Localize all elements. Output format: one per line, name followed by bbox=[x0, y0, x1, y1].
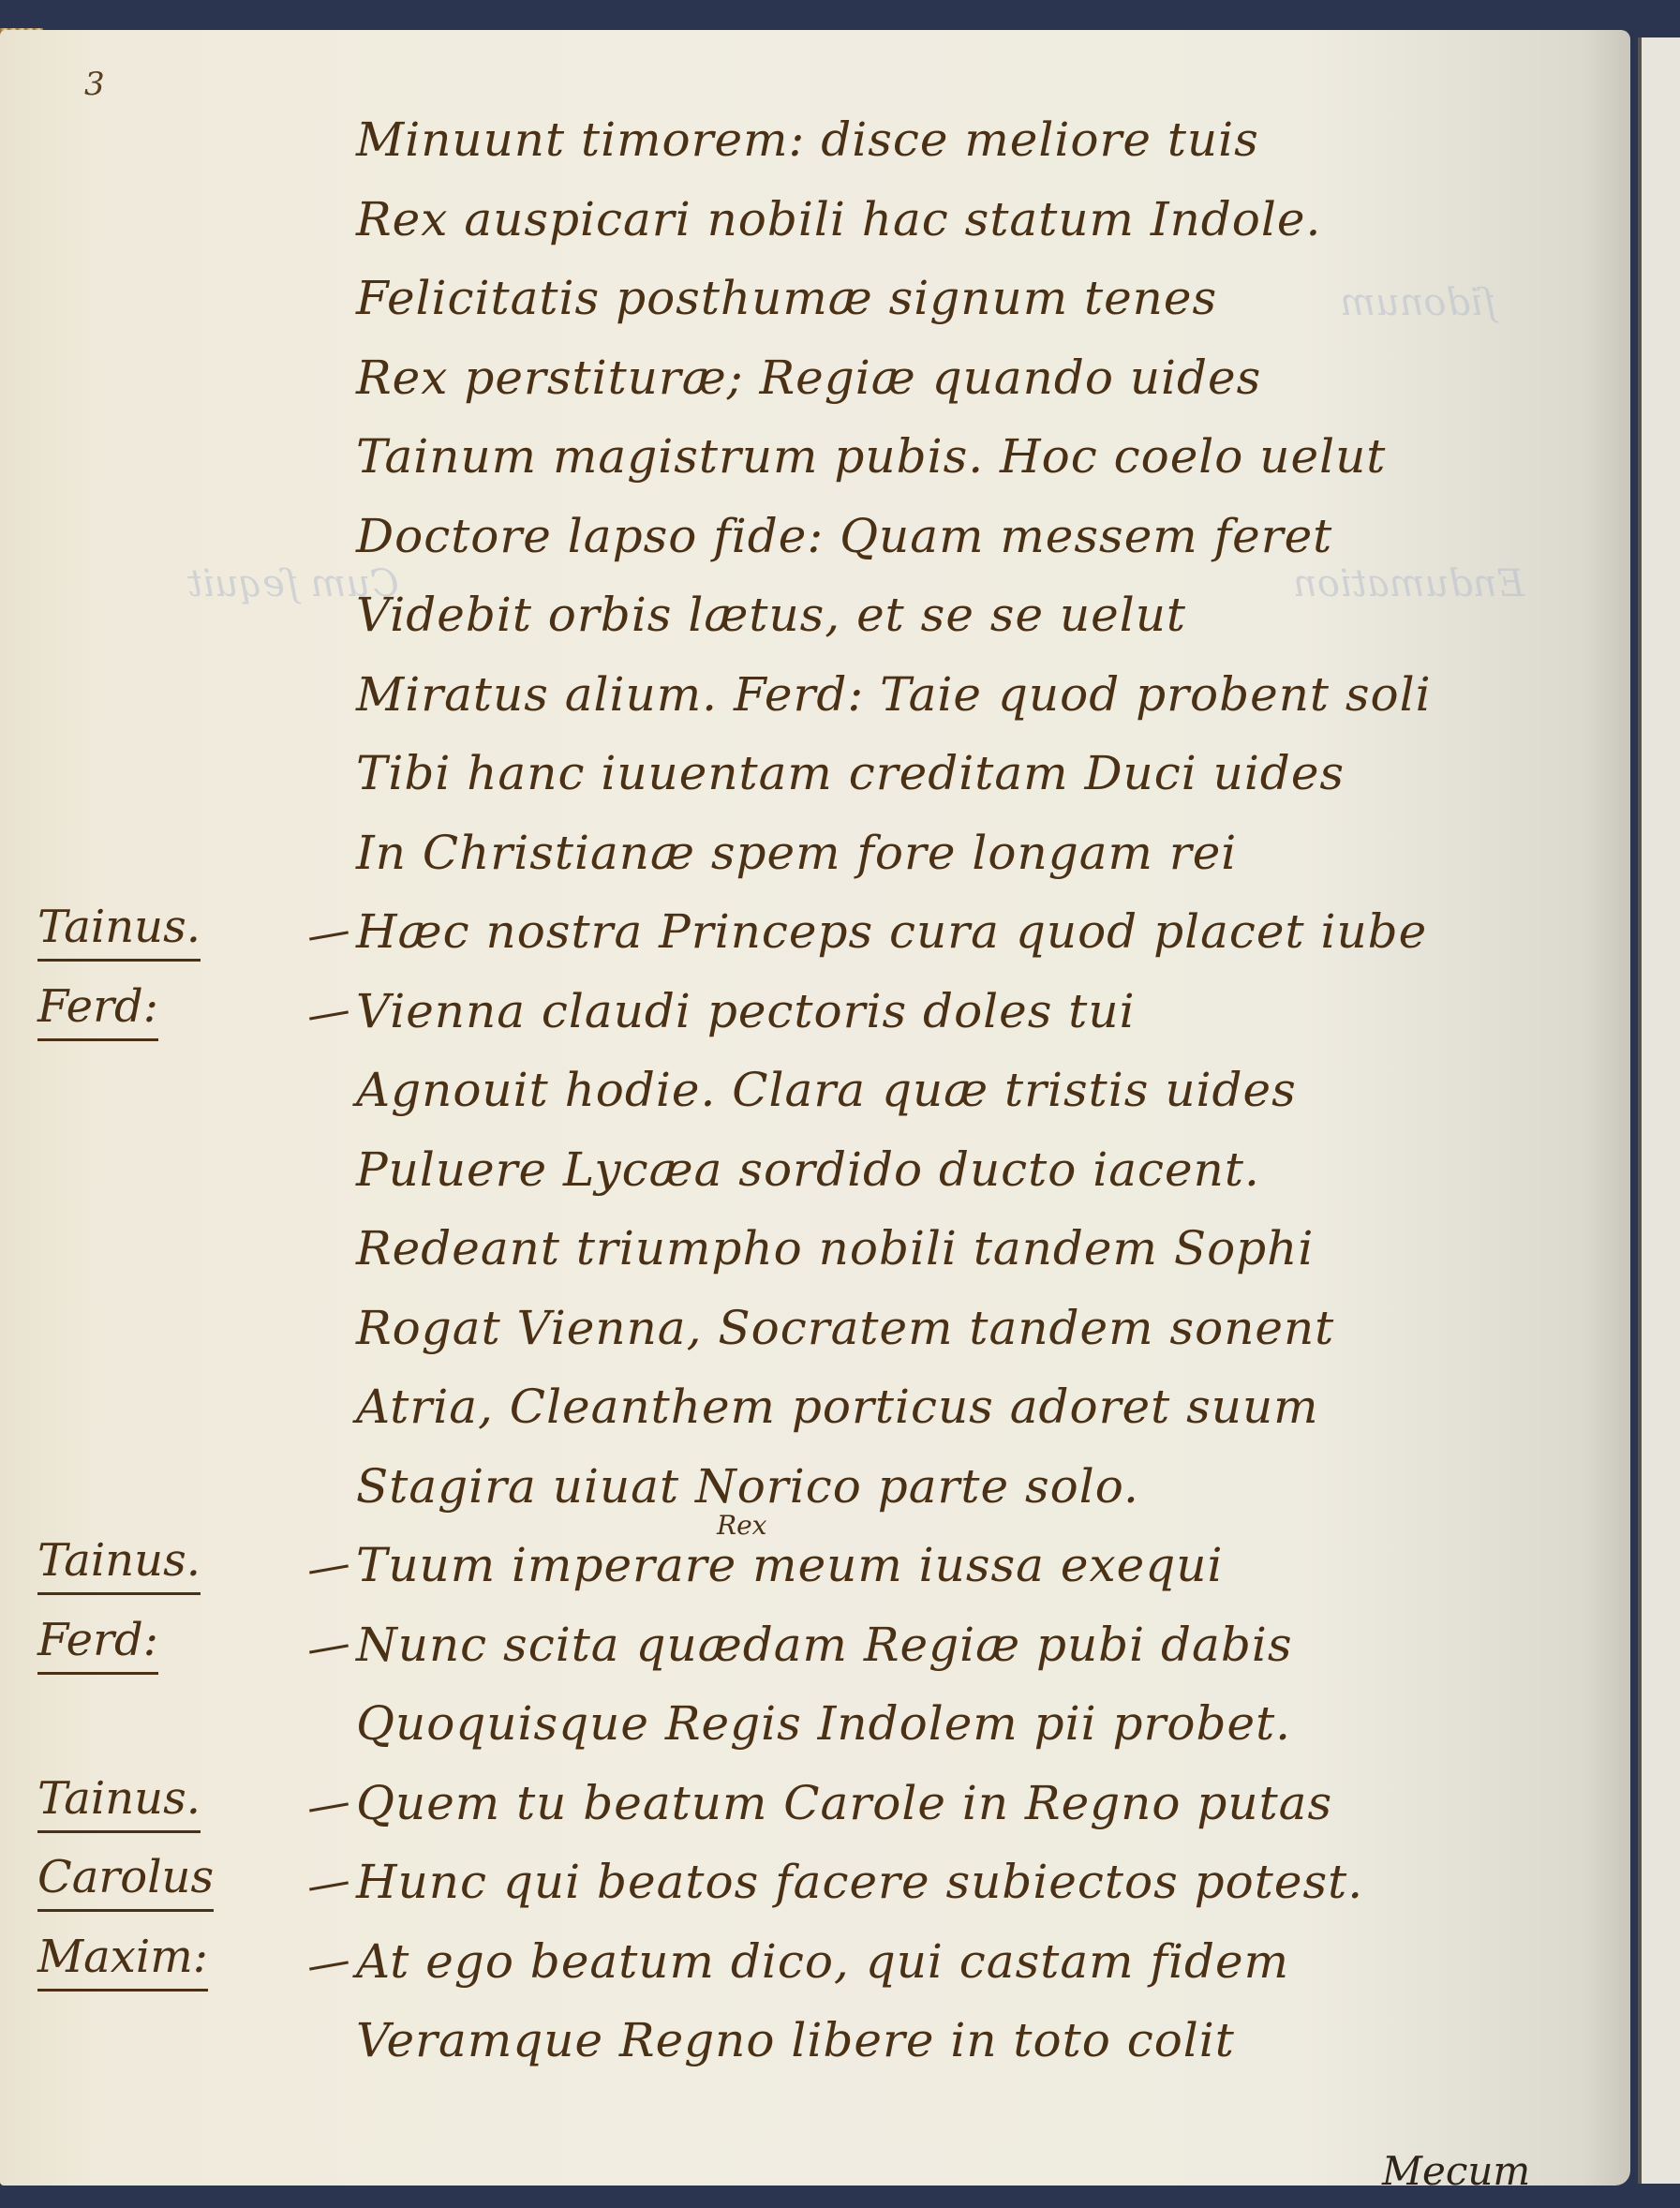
superscript-insertion: Rex bbox=[717, 1510, 766, 1541]
bleed-through-text: ſidonum bbox=[1340, 281, 1496, 324]
folio-number: 3 bbox=[84, 66, 105, 103]
verse-line: Quoquisque Regis Indolem pii probet. bbox=[356, 1696, 1291, 1751]
speaker-label: Carolus bbox=[37, 1851, 214, 1912]
verse-line: Veramque Regno libere in toto colit bbox=[356, 2013, 1235, 2067]
verse-line: Puluere Lycæa sordido ducto iacent. bbox=[356, 1142, 1260, 1197]
verse-line: Vienna claudi pectoris doles tui bbox=[356, 984, 1136, 1038]
verse-line: Rogat Vienna, Socratem tandem sonent bbox=[356, 1301, 1334, 1355]
verse-line: Hunc qui beatos facere subiectos potest. bbox=[356, 1855, 1363, 1909]
verse-line: Quem tu beatum Carole in Regno putas bbox=[356, 1776, 1332, 1830]
verse-line: Doctore lapso fide: Quam messem feret bbox=[356, 509, 1332, 563]
verse-line: Hæc nostra Princeps cura quod placet iub… bbox=[356, 904, 1427, 959]
verse-line: At ego beatum dico, qui castam fidem bbox=[356, 1934, 1289, 1989]
speaker-label: Tainus. bbox=[37, 901, 201, 962]
verse-line: In Christianæ spem fore longam rei bbox=[356, 826, 1237, 880]
speaker-label: Maxim: bbox=[37, 1931, 208, 1992]
speaker-label: Tainus. bbox=[37, 1534, 201, 1595]
verse-line: Rex perstituræ; Regiæ quando uides bbox=[356, 351, 1261, 405]
catchword: Mecum bbox=[1382, 2148, 1530, 2194]
verse-line: Tainum magistrum pubis. Hoc coelo uelut bbox=[356, 429, 1386, 484]
verse-line: Rex auspicari nobili hac statum Indole. bbox=[356, 192, 1321, 246]
verse-line: Stagira uiuat Norico parte solo. bbox=[356, 1459, 1139, 1514]
verse-line: Videbit orbis lætus, et se se uelut bbox=[356, 588, 1186, 642]
verse-line: Tibi hanc iuuentam creditam Duci uides bbox=[356, 746, 1345, 800]
speaker-label: Tainus. bbox=[37, 1772, 201, 1833]
adjacent-page-edge bbox=[1638, 37, 1680, 2184]
verse-line: Minuunt timorem: disce meliore tuis bbox=[356, 112, 1259, 167]
speaker-label: Ferd: bbox=[37, 980, 158, 1041]
speaker-label: Ferd: bbox=[37, 1614, 158, 1675]
bleed-through-text: Endumation bbox=[1293, 562, 1524, 605]
verse-line: Tuum imperare meum iussa exequi bbox=[356, 1538, 1223, 1592]
verse-line: Atria, Cleanthem porticus adoret suum bbox=[356, 1380, 1319, 1434]
verse-line: Miratus alium. Ferd: Taie quod probent s… bbox=[356, 667, 1432, 722]
verse-line: Felicitatis posthumæ signum tenes bbox=[356, 271, 1217, 325]
verse-line: Agnouit hodie. Clara quæ tristis uides bbox=[356, 1063, 1297, 1117]
verse-line: Redeant triumpho nobili tandem Sophi bbox=[356, 1221, 1314, 1276]
verse-line: Nunc scita quædam Regiæ pubi dabis bbox=[356, 1618, 1293, 1672]
